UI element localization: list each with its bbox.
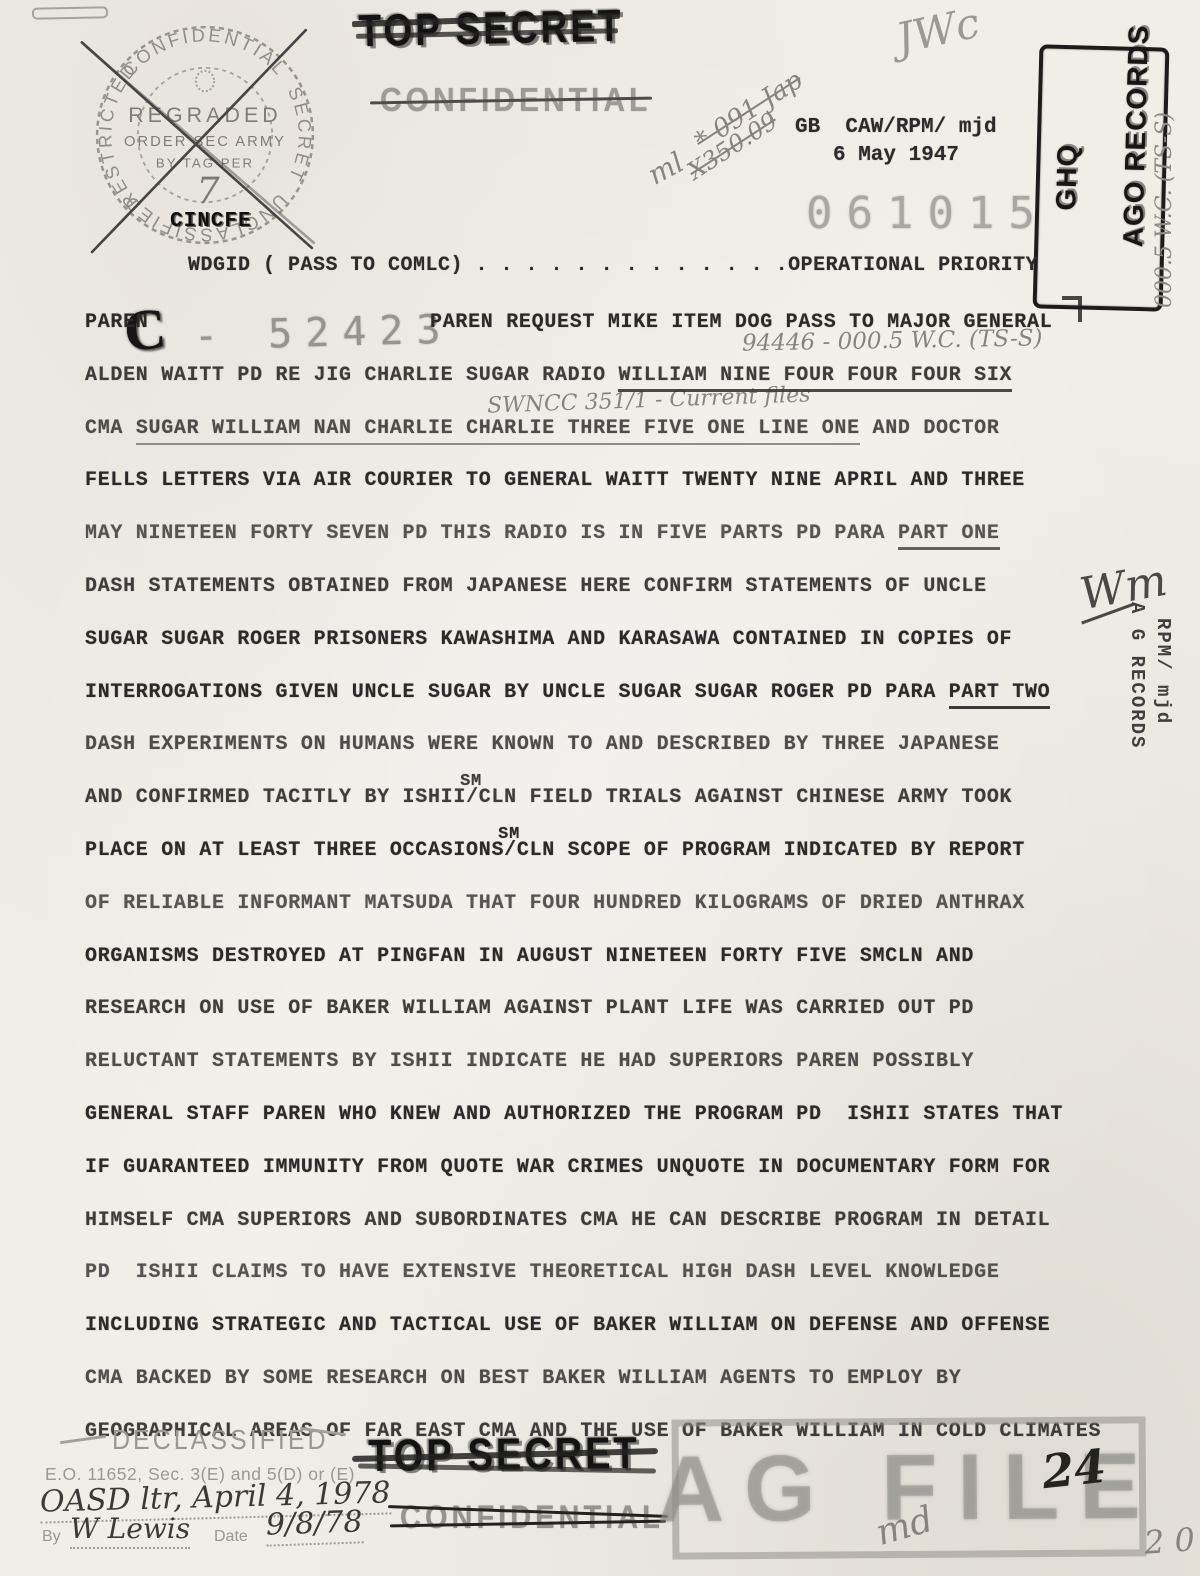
body-text-segment: PAREN: [85, 311, 149, 334]
body-line: INCLUDING STRATEGIC AND TACTICAL USE OF …: [85, 1315, 1101, 1368]
ghq-ago-records-stamp: GHQ AGO RECORDS: [1033, 44, 1170, 311]
body-text-segment: DASH EXPERIMENTS ON HUMANS WERE KNOWN TO…: [85, 733, 1000, 756]
body-text-segment: FELLS LETTERS VIA AIR COURIER TO GENERAL…: [85, 469, 1025, 492]
pencil-number-bottom: 2 0: [1143, 1520, 1196, 1561]
regraded-line1: REGRADED: [128, 103, 282, 127]
body-text-segment: SUGAR WILLIAM NAN CHARLIE CHARLIE THREE …: [136, 417, 860, 445]
body-line: RELUCTANT STATEMENTS BY ISHII INDICATE H…: [85, 1051, 1101, 1104]
message-date: 6 May 1947: [833, 144, 959, 167]
declassified-stamp: DECLASSIFIED: [112, 1425, 329, 1457]
cincfe-stamp: CINCFE: [170, 210, 252, 233]
serial-number-stamp: 061015: [806, 188, 1049, 239]
office-symbol: GB CAW/RPM/ mjd: [795, 116, 997, 139]
body-text-segment: HIMSELF CMA SUPERIORS AND SUBORDINATES C…: [85, 1209, 1050, 1232]
body-text-segment: IF GUARANTEED IMMUNITY FROM QUOTE WAR CR…: [85, 1156, 1050, 1179]
body-line: GENERAL STAFF PAREN WHO KNEW AND AUTHORI…: [85, 1104, 1101, 1157]
body-text-segment: GENERAL STAFF PAREN WHO KNEW AND AUTHORI…: [85, 1103, 1063, 1126]
pencil-ml-initials: ml: [642, 146, 689, 192]
body-line: PD ISHII CLAIMS TO HAVE EXTENSIVE THEORE…: [85, 1262, 1101, 1315]
body-line: PARENPAREN REQUEST MIKE ITEM DOG PASS TO…: [85, 312, 1101, 365]
handwritten-check-mark: 7: [196, 169, 220, 212]
body-line: OF RELIABLE INFORMANT MATSUDA THAT FOUR …: [85, 893, 1101, 946]
body-line: DASH EXPERIMENTS ON HUMANS WERE KNOWN TO…: [85, 734, 1101, 787]
body-text-segment: RESEARCH ON USE OF BAKER WILLIAM AGAINST…: [85, 997, 974, 1020]
body-line: CMA SUGAR WILLIAM NAN CHARLIE CHARLIE TH…: [85, 418, 1101, 471]
by-label: By: [42, 1528, 61, 1546]
message-body: PARENPAREN REQUEST MIKE ITEM DOG PASS TO…: [85, 312, 1101, 1474]
body-text-segment: OF RELIABLE INFORMANT MATSUDA THAT FOUR …: [85, 892, 1025, 915]
ghq-line1: GHQ: [1050, 143, 1083, 211]
ring-label-secret: SECRET: [284, 84, 316, 187]
declass-date-handwriting: 9/8/78: [265, 1504, 363, 1546]
body-text-segment: INTERROGATIONS GIVEN UNCLE SUGAR BY UNCL…: [85, 681, 949, 704]
body-text-segment: CMA BACKED BY SOME RESEARCH ON BEST BAKE…: [85, 1367, 961, 1390]
body-text-segment: WILLIAM NINE FOUR FOUR FOUR SIX: [618, 364, 1012, 392]
margin-ag-records: A G RECORDS: [1126, 602, 1148, 749]
body-text-segment: PD ISHII CLAIMS TO HAVE EXTENSIVE THEORE…: [85, 1261, 1000, 1284]
page-number-handwriting: 24: [1039, 1439, 1108, 1499]
ring-text-right: SECRET: [284, 84, 316, 187]
body-text-segment: SUGAR SUGAR ROGER PRISONERS KAWASHIMA AN…: [85, 628, 1012, 651]
body-line: AND CONFIRMED TACITLY BY ISHIISM/CLN FIE…: [85, 787, 1101, 840]
body-line: FELLS LETTERS VIA AIR COURIER TO GENERAL…: [85, 470, 1101, 523]
body-text-segment: INCLUDING STRATEGIC AND TACTICAL USE OF …: [85, 1314, 1050, 1337]
ghq-ago-records-text: GHQ AGO RECORDS: [1047, 57, 1155, 300]
file-number-vertical: 000.5 W.C. (TS-S): [1152, 112, 1177, 308]
body-text-segment: MAY NINETEEN FORTY SEVEN PD THIS RADIO I…: [85, 522, 898, 545]
ghq-line2: AGO RECORDS: [1117, 24, 1154, 247]
body-text-segment: PAREN REQUEST MIKE ITEM DOG PASS TO MAJO…: [430, 312, 1052, 334]
scanned-document-page: CONFIDENTIAL SECRET UNCLASSIFIED RESTRIC…: [0, 0, 1200, 1576]
body-line: SUGAR SUGAR ROGER PRISONERS KAWASHIMA AN…: [85, 629, 1101, 682]
date-label: Date: [214, 1528, 248, 1546]
body-line: HIMSELF CMA SUPERIORS AND SUBORDINATES C…: [85, 1210, 1101, 1263]
declass-by-handwriting: W Lewis: [70, 1512, 190, 1549]
body-text-segment: AND CONFIRMED TACITLY BY ISHII: [85, 786, 466, 809]
body-text-segment: ORGANISMS DESTROYED AT PINGFAN IN AUGUST…: [85, 945, 974, 968]
body-line: ALDEN WAITT PD RE JIG CHARLIE SUGAR RADI…: [85, 365, 1101, 418]
body-line: MAY NINETEEN FORTY SEVEN PD THIS RADIO I…: [85, 523, 1101, 576]
body-line: IF GUARANTEED IMMUNITY FROM QUOTE WAR CR…: [85, 1157, 1101, 1210]
body-text-segment: /CLN SCOPE OF PROGRAM INDICATED BY REPOR…: [504, 839, 1025, 862]
body-text-segment: CMA: [85, 417, 136, 440]
body-text-segment: DASH STATEMENTS OBTAINED FROM JAPANESE H…: [85, 575, 987, 598]
body-text-segment: ALDEN WAITT PD RE JIG CHARLIE SUGAR RADI…: [85, 364, 618, 387]
body-text-segment: PART TWO: [949, 681, 1051, 709]
body-line: RESEARCH ON USE OF BAKER WILLIAM AGAINST…: [85, 998, 1101, 1051]
body-text-segment: AND DOCTOR: [860, 417, 1000, 440]
body-line: CMA BACKED BY SOME RESEARCH ON BEST BAKE…: [85, 1368, 1101, 1421]
pencil-initials-top: JWc: [892, 0, 984, 63]
body-line: ORGANISMS DESTROYED AT PINGFAN IN AUGUST…: [85, 946, 1101, 999]
body-line: DASH STATEMENTS OBTAINED FROM JAPANESE H…: [85, 576, 1101, 629]
margin-rpm-mjd: RPM/ mjd: [1152, 618, 1174, 725]
stamp-ornament: [196, 71, 214, 91]
body-text-segment: /CLN FIELD TRIALS AGAINST CHINESE ARMY T…: [466, 786, 1012, 809]
body-line: PLACE ON AT LEAST THREE OCCASIONSSM/CLN …: [85, 840, 1101, 893]
body-text-segment: PART ONE: [898, 522, 1000, 550]
routing-line: WDGID ( PASS TO COMLC) . . . . . . . . .…: [188, 254, 1038, 277]
body-text-segment: PLACE ON AT LEAST THREE OCCASIONS: [85, 839, 504, 862]
body-line: INTERROGATIONS GIVEN UNCLE SUGAR BY UNCL…: [85, 682, 1101, 735]
body-text-segment: RELUCTANT STATEMENTS BY ISHII INDICATE H…: [85, 1050, 974, 1073]
confidential-stamp-bottom: CONFIDENTIAL: [400, 1500, 664, 1537]
